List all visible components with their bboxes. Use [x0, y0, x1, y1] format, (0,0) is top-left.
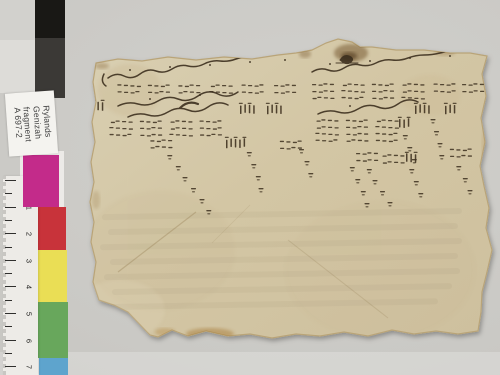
color-patch-green — [38, 302, 68, 358]
ruler-number: 5 — [25, 312, 34, 316]
shelfmark-label-text: Rylands Genizah fragment A 697-2 — [11, 105, 52, 143]
ruler-cm-tick — [5, 366, 16, 367]
ruler-number: 6 — [25, 339, 34, 343]
ruler-number: 3 — [25, 259, 34, 263]
manuscript-fragment — [0, 0, 500, 375]
ruler-cm-tick — [5, 340, 16, 341]
ruler-half-cm-tick — [5, 273, 12, 274]
ruler-cm-tick — [5, 286, 16, 287]
ruler-cm-tick — [5, 233, 16, 234]
shelfmark-label: Rylands Genizah fragment A 697-2 — [5, 90, 58, 156]
color-patch-blue — [39, 358, 68, 375]
ruler-half-cm-tick — [5, 353, 12, 354]
ruler-number: 4 — [25, 285, 34, 289]
ruler-half-cm-tick — [5, 247, 12, 248]
ruler-number: 2 — [25, 232, 34, 236]
label-line-shelfmark: A 697-2 — [11, 107, 23, 143]
ruler-cm-tick — [5, 260, 16, 261]
ruler-number: 7 — [25, 365, 34, 369]
ruler-cm-tick — [5, 313, 16, 314]
color-patch-yellow — [37, 250, 67, 302]
ruler-cm-tick — [5, 207, 16, 208]
ruler-half-cm-tick — [5, 300, 12, 301]
photo-stage: Rylands Genizah fragment A 697-2 cm 0123… — [0, 0, 500, 375]
ruler-cm-tick — [5, 180, 16, 181]
ruler-half-cm-tick — [5, 326, 12, 327]
ruler-half-cm-tick — [5, 193, 12, 194]
color-patch-red — [36, 207, 66, 250]
color-patch-magenta — [23, 155, 59, 207]
ruler-half-cm-tick — [5, 220, 12, 221]
